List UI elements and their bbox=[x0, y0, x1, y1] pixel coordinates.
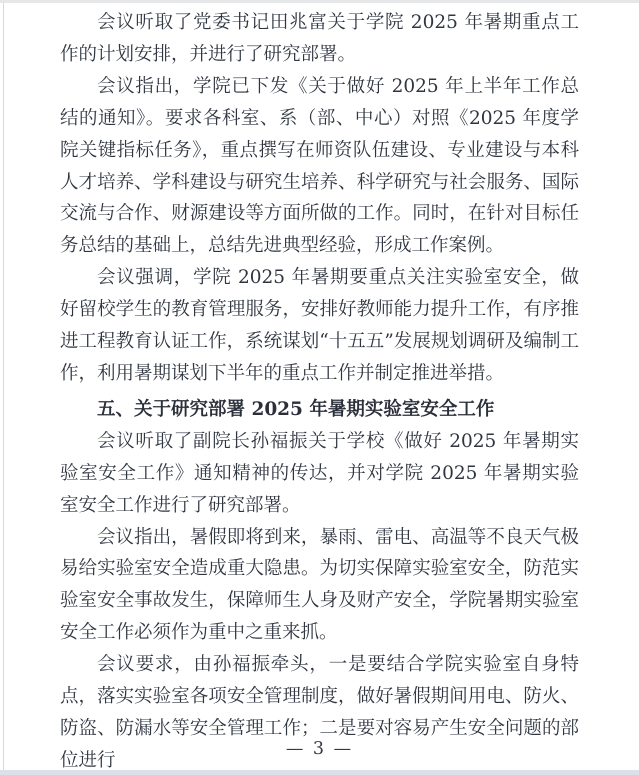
paragraph-lab-safety-risks: 会议指出，暑假即将到来，暴雨、雷电、高温等不良天气极易给实验室安全造成重大隐患。… bbox=[60, 522, 579, 650]
paragraph-summer-key-points: 会议强调，学院 2025 年暑期要重点关注实验室安全，做好留校学生的教育管理服务… bbox=[60, 262, 579, 390]
page-edge-top bbox=[0, 0, 639, 3]
document-content: 会议听取了党委书记田兆富关于学院 2025 年暑期重点工作的计划安排，并进行了研… bbox=[60, 7, 579, 775]
page-number: — 3 — bbox=[0, 739, 639, 759]
page-edge-left bbox=[3, 3, 4, 770]
section-heading-lab-safety: 五、关于研究部署 2025 年暑期实验室安全工作 bbox=[60, 394, 579, 426]
paragraph-halfyear-summary-notice: 会议指出，学院已下发《关于做好 2025 年上半年工作总结的通知》。要求各科室、… bbox=[60, 71, 579, 262]
paragraph-summer-work-plan: 会议听取了党委书记田兆富关于学院 2025 年暑期重点工作的计划安排，并进行了研… bbox=[60, 7, 579, 71]
paragraph-lab-safety-briefing: 会议听取了副院长孙福振关于学校《做好 2025 年暑期实验室安全工作》通知精神的… bbox=[60, 426, 579, 522]
